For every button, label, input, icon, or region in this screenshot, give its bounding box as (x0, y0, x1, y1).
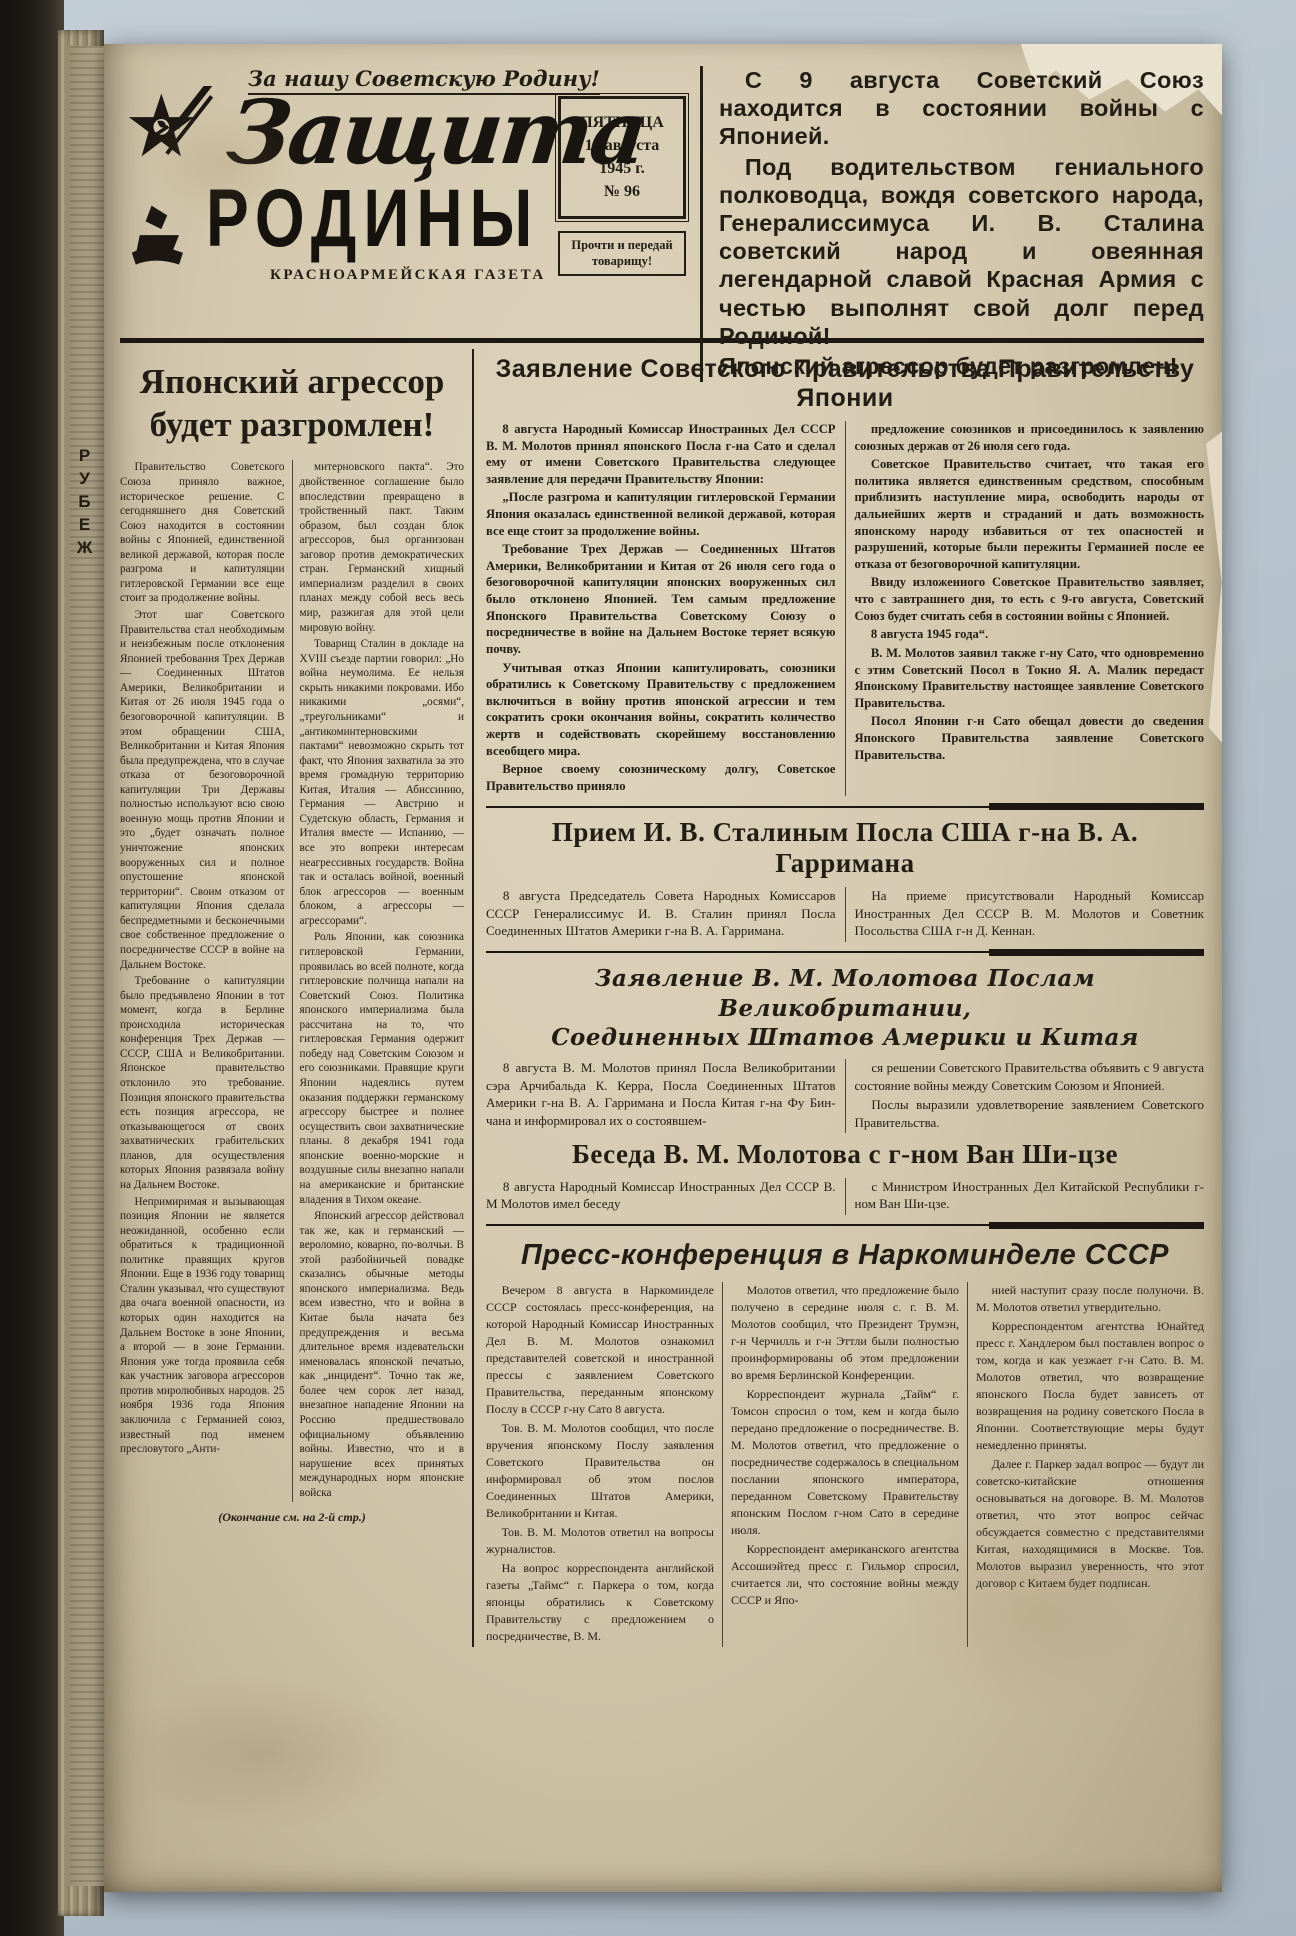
continuation-note: (Окончание см. на 2-й стр.) (120, 1510, 464, 1525)
molotov-talk-column-2: с Министром Иностранных Дел Китайской Ре… (845, 1178, 1205, 1215)
paper-stain (114, 1672, 414, 1832)
press-conference-columns: Вечером 8 августа в Наркоминделе СССР со… (486, 1282, 1204, 1648)
previous-page-text-blur (70, 46, 108, 1886)
molotov-talk-title: Беседа В. М. Молотова с г-ном Ван Ши-цзе (486, 1139, 1204, 1170)
molotov-statement-title-line1: Заявление В. М. Молотова Послам Великобр… (595, 965, 1095, 1022)
statement-japan-column-1: 8 августа Народный Комиссар Иностранных … (486, 421, 845, 796)
lead-headline-line1: Японский агрессор (140, 362, 445, 401)
section-divider-rule (486, 803, 1204, 810)
previous-page-vertical-title: РУБЕЖ (74, 446, 94, 561)
paper-title-block: РОДИНЫ (206, 177, 539, 259)
press-conference-column-2: Молотов ответил, что предложение было по… (722, 1282, 967, 1648)
molotov-statement-section: Заявление В. М. Молотова Послам Великобр… (486, 964, 1204, 1133)
stalin-reception-column-1: 8 августа Председатель Совета Народных К… (486, 887, 845, 941)
read-and-pass-note: Прочти и передай товарищу! (558, 231, 686, 276)
molotov-talk-section: Беседа В. М. Молотова с г-ном Ван Ши-цзе… (486, 1139, 1204, 1215)
issue-number: № 96 (567, 183, 677, 201)
lead-article-column-1: Правительство Советского Союза приняло в… (120, 460, 292, 1502)
torn-side-edge (1206, 424, 1222, 754)
stalin-reception-title: Прием И. В. Сталиным Посла США г-на В. А… (486, 817, 1204, 879)
masthead: За нашу Советскую Родину! Защита РОДИНЫ … (120, 58, 1204, 334)
paper-title-script: Защита (224, 91, 649, 175)
stalin-reception-section: Прием И. В. Сталиным Посла США г-на В. А… (486, 817, 1204, 941)
molotov-statement-title: Заявление В. М. Молотова Послам Великобр… (486, 964, 1204, 1054)
press-conference-section: Пресс-конференция в Наркоминделе СССР Ве… (486, 1239, 1204, 1648)
stalin-reception-columns: 8 августа Председатель Совета Народных К… (486, 887, 1204, 941)
right-column-zone: Заявление Советского Правительства Прави… (472, 349, 1204, 1647)
press-conference-column-1: Вечером 8 августа в Наркоминделе СССР со… (486, 1282, 722, 1648)
molotov-talk-column-1: 8 августа Народный Комиссар Иностранных … (486, 1178, 845, 1215)
paper-subtitle: КРАСНОАРМЕЙСКАЯ ГАЗЕТА (270, 267, 558, 284)
lead-article-column-2: митерновского пакта“. Это двойственное с… (292, 460, 465, 1502)
section-divider-rule (486, 949, 1204, 956)
press-conference-title: Пресс-конференция в Наркоминделе СССР (486, 1239, 1204, 1272)
section-divider-rule (486, 1222, 1204, 1229)
lead-headline-line2: будет разгромлен! (150, 405, 435, 444)
molotov-talk-columns: 8 августа Народный Комиссар Иностранных … (486, 1178, 1204, 1215)
photo-background: { "photo": { "background": "#b7c3cc", "b… (0, 0, 1296, 1936)
statement-japan-column-2: предложение союзников и присоединилось к… (845, 421, 1205, 796)
newspaper-page: За нашу Советскую Родину! Защита РОДИНЫ … (104, 44, 1222, 1892)
statement-japan-columns: 8 августа Народный Комиссар Иностранных … (486, 421, 1204, 796)
war-declaration-final-line: Японский агрессор будет разгромлен! (719, 352, 1204, 380)
lead-article-headline: Японский агрессор будет разгромлен! (120, 361, 464, 446)
war-declaration-paragraphs: С 9 августа Советский Союз находится в с… (719, 66, 1204, 350)
molotov-statement-column-2: ся решении Советского Правительства объя… (845, 1059, 1205, 1133)
main-content: Японский агрессор будет разгромлен! Прав… (120, 349, 1204, 1647)
stalin-reception-column-2: На приеме присутствовали Народный Комисс… (845, 887, 1205, 941)
war-declaration-block: С 9 августа Советский Союз находится в с… (700, 66, 1204, 382)
molotov-statement-title-line2: Соединенных Штатов Америки и Китая (551, 1024, 1139, 1051)
molotov-statement-columns: 8 августа В. М. Молотов принял Посла Вел… (486, 1059, 1204, 1133)
press-conference-column-3: нией наступит сразу после полуночи. В. М… (967, 1282, 1204, 1648)
statement-japan-section: Заявление Советского Правительства Прави… (486, 355, 1204, 796)
lead-article: Японский агрессор будет разгромлен! Прав… (120, 349, 472, 1647)
book-binding (0, 0, 64, 1936)
molotov-statement-column-1: 8 августа В. М. Молотов принял Посла Вел… (486, 1059, 845, 1133)
lead-article-columns: Правительство Советского Союза приняло в… (120, 460, 464, 1502)
masthead-title-area: За нашу Советскую Родину! Защита РОДИНЫ … (120, 58, 558, 334)
